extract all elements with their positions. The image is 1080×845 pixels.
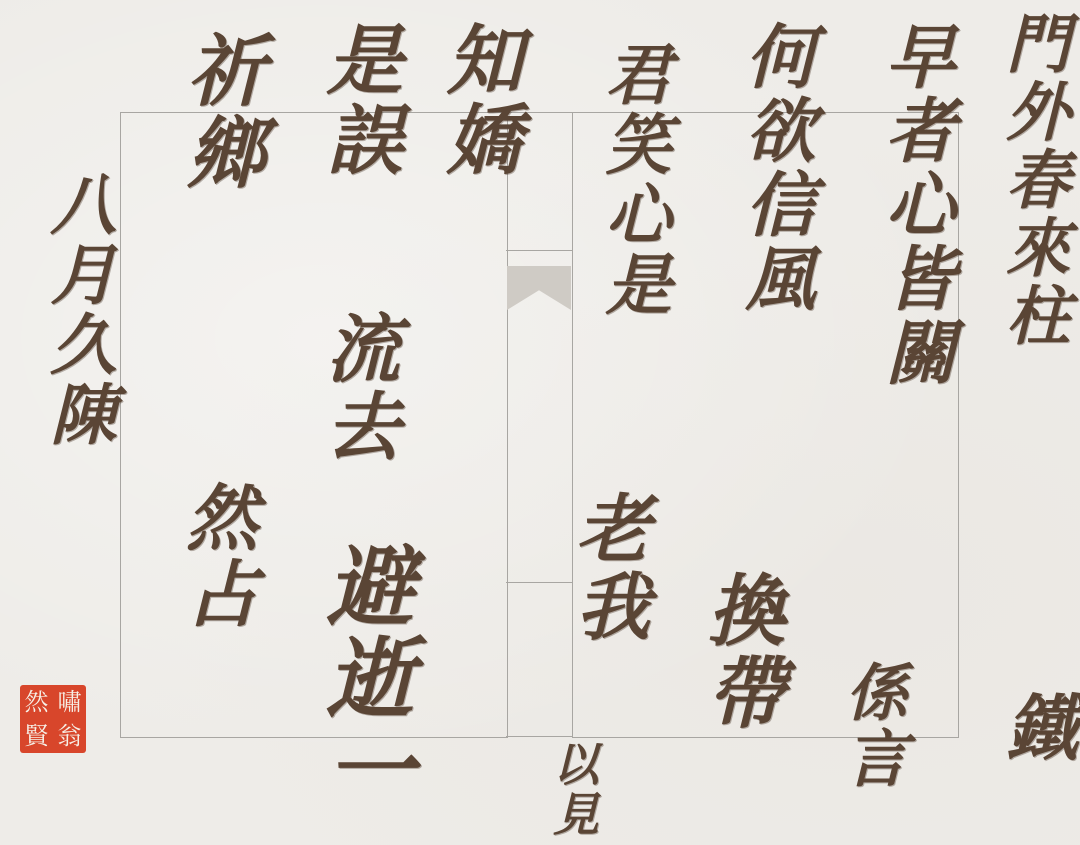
seal-char: 賢 — [20, 719, 53, 753]
calligraphy-column: 祈鄉 — [180, 30, 258, 194]
calligraphy-column: 以見 — [550, 740, 596, 840]
calligraphy-column: 老我 — [570, 490, 644, 646]
calligraphy-column: 何欲信風 — [740, 20, 810, 316]
calligraphy-column: 然占 — [180, 480, 252, 632]
calligraphy-column: 係言 — [840, 660, 902, 792]
banxin-bottom-line — [506, 736, 572, 737]
calligraphy-column: 早者心皆關 — [880, 20, 950, 390]
calligraphy-column: 八月久陳 — [45, 170, 111, 450]
calligraphy-column: 流去 — [320, 310, 394, 466]
calligraphy-column: 是誤 — [320, 20, 396, 180]
seal-char: 嘯 — [53, 685, 86, 719]
calligraphy-column: 君笑心是 — [600, 40, 666, 320]
seal-char: 翁 — [53, 719, 86, 753]
seal-char: 然 — [20, 685, 53, 719]
calligraphy-column: 門外春來柱 — [1000, 10, 1064, 350]
calligraphy-column: 鐵 — [1000, 690, 1072, 766]
calligraphy-column: 知嬌 — [440, 20, 516, 180]
banxin-lower-divider — [506, 582, 572, 583]
artist-seal: 嘯 然 翁 賢 — [20, 685, 86, 753]
calligraphy-column: 避逝一 — [320, 540, 408, 816]
banxin-upper-divider — [506, 250, 572, 251]
calligraphy-column: 換帶 — [700, 570, 778, 734]
